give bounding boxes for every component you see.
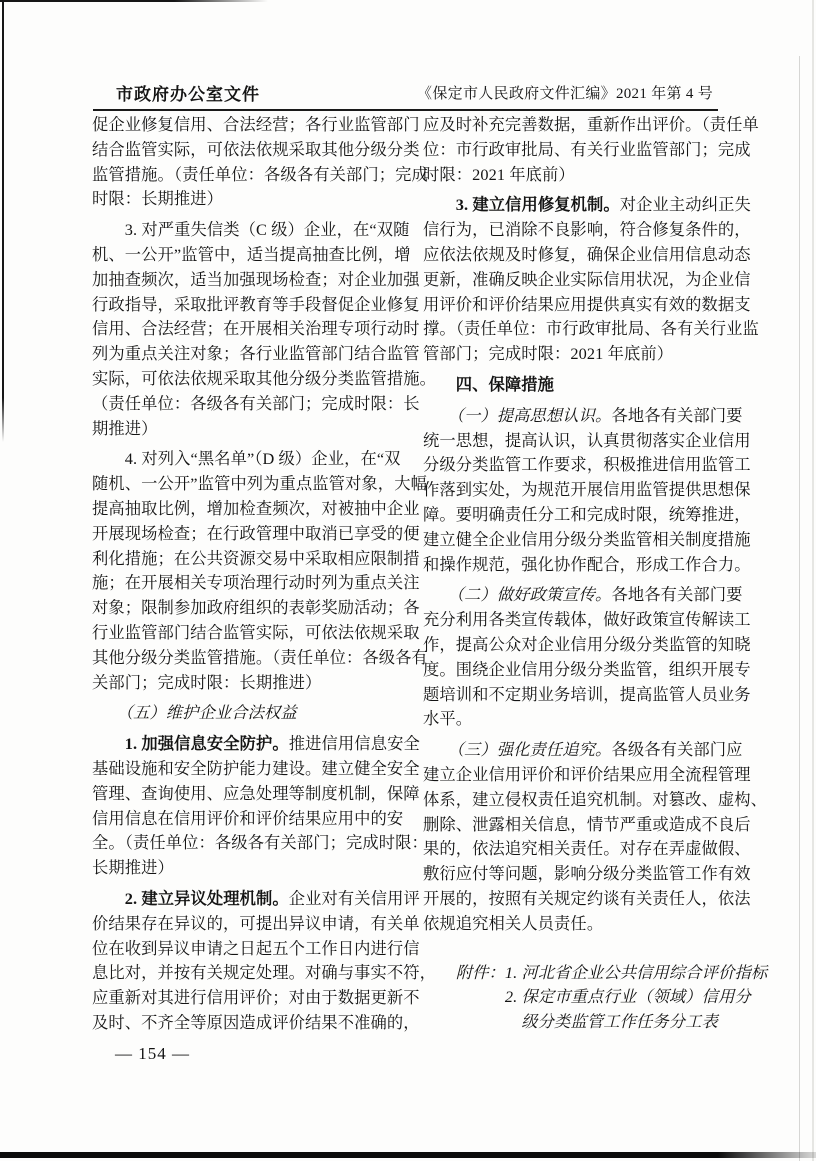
text-run: 及时、不齐全等原因造成评价结果不准确的，: [92, 1013, 420, 1032]
scan-edge-left: [2, 0, 4, 442]
text-run: 位：市行政审批局、有关行业监管部门；完成: [423, 140, 751, 159]
text-run: 信用信息在信用评价和评价结果应用中的安: [92, 809, 403, 828]
text-line: （二）做好政策宣传。各地各有关部门要: [423, 583, 755, 608]
text-run: 结合监管实际，可依法依规采取其他分级分类: [92, 140, 420, 159]
text-run: 时限：长期推进）: [92, 189, 223, 208]
scan-edge-bottom: [0, 1152, 816, 1158]
text-run: 建立健全企业信用分级分类监管相关制度措施: [423, 530, 751, 549]
text-line: （一）提高思想认识。各地各有关部门要: [423, 404, 755, 429]
text-run: 施；在开展相关专项治理行动时列为重点关注: [92, 573, 420, 592]
text-run: 删除、泄露相关信息，情节严重或造成不良后: [423, 815, 751, 834]
text-run: 监管措施。（责任单位：各级各有关部门；完成: [92, 165, 428, 184]
scan-edge-right-outer: [812, 0, 814, 1161]
text-line: 信行为，已消除不良影响，符合修复条件的，: [423, 218, 755, 243]
text-run: 更新，准确反映企业实际信用状况，为企业信: [423, 270, 751, 289]
text-line: 度。围绕企业信用分级分类监管，组织开展专: [423, 658, 755, 683]
text-run: 机、一公开”监管中，适当提高抽查比例，增: [92, 245, 411, 264]
text-line: 施；在开展相关专项治理行动时列为重点关注: [92, 571, 424, 596]
text-line: 期推进）: [92, 417, 424, 442]
text-line: 题培训和不定期业务培训，提高监管人员业务: [423, 683, 755, 708]
left-text-column: 促企业修复信用、合法经营；各行业监管部门结合监管实际，可依法依规采取其他分级分类…: [92, 113, 424, 1036]
text-run: 实际，可依法依规采取其他分级分类监管措施。: [92, 369, 436, 388]
text-run: （二）做好政策宣传。: [423, 585, 611, 604]
text-run: 促企业修复信用、合法经营；各行业监管部门: [92, 115, 420, 134]
text-line: 时限：2021 年底前）: [423, 163, 755, 188]
text-run: 级分类监管工作任务分工表: [423, 1012, 718, 1031]
text-run: 体系，建立侵权责任追究机制。对篡改、虚构、: [423, 790, 767, 809]
text-line: 4. 对列入“黑名单”（D 级）企业，在“双: [92, 447, 424, 472]
text-line: 撑。（责任单位：市行政审批局、各有关行业监: [423, 317, 755, 342]
header-rule: [93, 109, 718, 111]
text-line: 建立健全企业信用分级分类监管相关制度措施: [423, 528, 755, 553]
text-line: 位：市行政审批局、有关行业监管部门；完成: [423, 138, 755, 163]
text-line: 时限：长期推进）: [92, 187, 424, 212]
text-line: 附件：1. 河北省企业公共信用综合评价指标: [423, 961, 755, 986]
text-run: 随机、一公开”监管中列为重点监管对象，大幅: [92, 474, 427, 493]
text-line: 结合监管实际，可依法依规采取其他分级分类: [92, 138, 424, 163]
text-line: 价结果存在异议的，可提出异议申请，有关单: [92, 912, 424, 937]
text-run: 应依法依规及时修复，确保企业信用信息动态: [423, 245, 751, 264]
text-line: 开展的，按照有关规定约谈有关责任人，依法: [423, 887, 755, 912]
text-run: 开展的，按照有关规定约谈有关责任人，依法: [423, 889, 751, 908]
text-run: 敷衍应付等问题，影响分级分类监管工作有效: [423, 864, 751, 883]
text-run: 管理、查询使用、应急处理等制度机制，保障: [92, 784, 420, 803]
text-line: 长期推进）: [92, 856, 424, 881]
text-run: 对象；限制参加政府组织的表彰奖励活动；各: [92, 598, 420, 617]
text-line: 敷衍应付等问题，影响分级分类监管工作有效: [423, 862, 755, 887]
text-line: 水平。: [423, 707, 755, 732]
text-run: 四、保障措施: [423, 375, 554, 394]
text-run: 障。要明确责任分工和完成时限，统筹推进，: [423, 505, 751, 524]
text-line: 3. 建立信用修复机制。对企业主动纠正失: [423, 193, 755, 218]
text-run: 各地各有关部门要: [611, 406, 742, 425]
text-run: 行业监管部门结合监管实际，可依法依规采取: [92, 623, 420, 642]
text-run: 撑。（责任单位：市行政审批局、各有关行业监: [423, 319, 759, 338]
text-run: 度。围绕企业信用分级分类监管，组织开展专: [423, 660, 751, 679]
text-line: 实际，可依法依规采取其他分级分类监管措施。: [92, 367, 424, 392]
header-left-title: 市政府办公室文件: [116, 80, 260, 105]
text-run: （三）强化责任追究。: [423, 740, 611, 759]
page-number: — 154 —: [115, 1044, 190, 1064]
text-run: 时限：2021 年底前）: [423, 165, 575, 184]
text-run: 利化措施；在公共资源交易中采取相应限制措: [92, 549, 420, 568]
text-run: 对企业主动纠正失: [620, 195, 751, 214]
text-line: 果的，依法追究相关责任。对存在弄虚做假、: [423, 837, 755, 862]
text-line: 行政指导，采取批评教育等手段督促企业修复: [92, 293, 424, 318]
text-run: 息比对，并按有关规定处理。对确与事实不符，: [92, 963, 436, 982]
text-line: 用评价和评价结果应用提供真实有效的数据支: [423, 293, 755, 318]
text-run: 其他分级分类监管措施。（责任单位：各级各有: [92, 648, 428, 667]
text-line: （五）维护企业合法权益: [92, 701, 424, 726]
text-line: 息比对，并按有关规定处理。对确与事实不符，: [92, 961, 424, 986]
text-line: 管部门；完成时限：2021 年底前）: [423, 342, 755, 367]
text-line: 及时、不齐全等原因造成评价结果不准确的，: [92, 1011, 424, 1036]
text-run: 作，提高公众对企业信用分级分类监管的知晓: [423, 635, 751, 654]
text-run: 4. 对列入“黑名单”（D 级）企业，在“双: [92, 449, 401, 468]
text-line: 作，提高公众对企业信用分级分类监管的知晓: [423, 633, 755, 658]
text-run: 全。（责任单位：各级各有关部门；完成时限：: [92, 833, 428, 852]
text-run: 用评价和评价结果应用提供真实有效的数据支: [423, 295, 751, 314]
text-line: 信用信息在信用评价和评价结果应用中的安: [92, 807, 424, 832]
text-run: 提高抽取比例，增加检查频次，对被抽中企业: [92, 499, 420, 518]
text-line: 基础设施和安全防护能力建设。建立健全安全: [92, 757, 424, 782]
text-run: 长期推进）: [92, 858, 174, 877]
text-run: 开展现场检查；在行政管理中取消已享受的便: [92, 524, 420, 543]
text-line: 作落到实处，为规范开展信用监管提供思想保: [423, 478, 755, 503]
text-line: 其他分级分类监管措施。（责任单位：各级各有: [92, 646, 424, 671]
text-run: 充分利用各类宣传载体，做好政策宣传解读工: [423, 610, 751, 629]
text-line: 分级分类监管工作要求，积极推进信用监管工: [423, 453, 755, 478]
text-run: 行政指导，采取批评教育等手段督促企业修复: [92, 295, 420, 314]
text-line: 依规追究相关人员责任。: [423, 912, 755, 937]
text-run: 位在收到异议申请之日起五个工作日内进行信: [92, 939, 420, 958]
text-line: 建立企业信用评价和评价结果应用全流程管理: [423, 763, 755, 788]
header-right-title: 《保定市人民政府文件汇编》2021 年第 4 号: [417, 82, 713, 103]
text-line: 列为重点关注对象；各行业监管部门结合监管: [92, 342, 424, 367]
text-line: （三）强化责任追究。各级各有关部门应: [423, 738, 755, 763]
text-run: 分级分类监管工作要求，积极推进信用监管工: [423, 455, 751, 474]
text-line: 障。要明确责任分工和完成时限，统筹推进，: [423, 503, 755, 528]
text-line: 级分类监管工作任务分工表: [423, 1010, 755, 1035]
text-line: 管理、查询使用、应急处理等制度机制，保障: [92, 782, 424, 807]
text-line: 全。（责任单位：各级各有关部门；完成时限：: [92, 831, 424, 856]
text-line: 和操作规范，强化协作配合，形成工作合力。: [423, 553, 755, 578]
text-run: 信行为，已消除不良影响，符合修复条件的，: [423, 220, 751, 239]
scan-edge-top: [0, 0, 268, 2]
text-line: 信用、合法经营；在开展相关治理专项行动时: [92, 317, 424, 342]
text-run: 列为重点关注对象；各行业监管部门结合监管: [92, 344, 420, 363]
text-run: 关部门；完成时限：长期推进）: [92, 673, 321, 692]
text-line: 更新，准确反映企业实际信用状况，为企业信: [423, 268, 755, 293]
text-run: 价结果存在异议的，可提出异议申请，有关单: [92, 914, 420, 933]
text-run: 3. 对严重失信类（C 级）企业，在“双随: [92, 220, 410, 239]
scan-edge-right-inner: [799, 56, 800, 1161]
text-run: （责任单位：各级各有关部门；完成时限：长: [92, 394, 420, 413]
text-line: 删除、泄露相关信息，情节严重或造成不良后: [423, 813, 755, 838]
text-run: 2. 建立异议处理机制。: [92, 889, 289, 908]
text-run: 附件：1. 河北省企业公共信用综合评价指标: [423, 963, 767, 982]
text-line: 促企业修复信用、合法经营；各行业监管部门: [92, 113, 424, 138]
text-line: 行业监管部门结合监管实际，可依法依规采取: [92, 621, 424, 646]
text-line: 充分利用各类宣传载体，做好政策宣传解读工: [423, 608, 755, 633]
text-run: 2. 保定市重点行业（领域）信用分: [423, 987, 751, 1006]
text-line: 2. 保定市重点行业（领域）信用分: [423, 985, 755, 1010]
text-run: 基础设施和安全防护能力建设。建立健全安全: [92, 759, 420, 778]
text-line: 开展现场检查；在行政管理中取消已享受的便: [92, 522, 424, 547]
text-run: 应重新对其进行信用评价；对由于数据更新不: [92, 988, 420, 1007]
text-line: 提高抽取比例，增加检查频次，对被抽中企业: [92, 497, 424, 522]
text-run: 题培训和不定期业务培训，提高监管人员业务: [423, 685, 751, 704]
text-run: 应及时补充完善数据，重新作出评价。（责任单: [423, 115, 759, 134]
text-line: 统一思想，提高认识，认真贯彻落实企业信用: [423, 429, 755, 454]
text-run: （五）维护企业合法权益: [92, 703, 297, 722]
text-line: 机、一公开”监管中，适当提高抽查比例，增: [92, 243, 424, 268]
text-line: 关部门；完成时限：长期推进）: [92, 671, 424, 696]
text-run: 果的，依法追究相关责任。对存在弄虚做假、: [423, 839, 751, 858]
text-run: 作落到实处，为规范开展信用监管提供思想保: [423, 480, 751, 499]
text-line: （责任单位：各级各有关部门；完成时限：长: [92, 392, 424, 417]
text-run: 3. 建立信用修复机制。: [423, 195, 620, 214]
text-run: 统一思想，提高认识，认真贯彻落实企业信用: [423, 431, 751, 450]
text-line: 体系，建立侵权责任追究机制。对篡改、虚构、: [423, 788, 755, 813]
text-run: 信用、合法经营；在开展相关治理专项行动时: [92, 319, 420, 338]
text-line: 2. 建立异议处理机制。企业对有关信用评: [92, 887, 424, 912]
text-run: 1. 加强信息安全防护。: [92, 734, 289, 753]
text-line: 对象；限制参加政府组织的表彰奖励活动；各: [92, 596, 424, 621]
text-run: 推进信用信息安全: [289, 734, 420, 753]
text-line: 位在收到异议申请之日起五个工作日内进行信: [92, 937, 424, 962]
text-run: 和操作规范，强化协作配合，形成工作合力。: [423, 555, 751, 574]
text-run: 企业对有关信用评: [289, 889, 420, 908]
document-page: 市政府办公室文件 《保定市人民政府文件汇编》2021 年第 4 号 促企业修复信…: [0, 0, 816, 1161]
text-run: 各地各有关部门要: [611, 585, 742, 604]
text-run: 期推进）: [92, 419, 158, 438]
text-run: 加抽查频次，适当加强现场检查；对企业加强: [92, 270, 420, 289]
text-line: 随机、一公开”监管中列为重点监管对象，大幅: [92, 472, 424, 497]
text-run: 各级各有关部门应: [611, 740, 742, 759]
text-line: 监管措施。（责任单位：各级各有关部门；完成: [92, 163, 424, 188]
text-line: 加抽查频次，适当加强现场检查；对企业加强: [92, 268, 424, 293]
text-line: 应重新对其进行信用评价；对由于数据更新不: [92, 986, 424, 1011]
text-line: 1. 加强信息安全防护。推进信用信息安全: [92, 732, 424, 757]
text-run: 建立企业信用评价和评价结果应用全流程管理: [423, 765, 751, 784]
text-line: 应及时补充完善数据，重新作出评价。（责任单: [423, 113, 755, 138]
text-line: 利化措施；在公共资源交易中采取相应限制措: [92, 547, 424, 572]
right-text-column: 应及时补充完善数据，重新作出评价。（责任单位：市行政审批局、有关行业监管部门；完…: [423, 113, 755, 1035]
text-run: （一）提高思想认识。: [423, 406, 611, 425]
text-line: 应依法依规及时修复，确保企业信用信息动态: [423, 243, 755, 268]
text-line: 四、保障措施: [423, 373, 755, 398]
text-run: 水平。: [423, 709, 472, 728]
text-run: 管部门；完成时限：2021 年底前）: [423, 344, 673, 363]
text-run: 依规追究相关人员责任。: [423, 914, 603, 933]
text-line: 3. 对严重失信类（C 级）企业，在“双随: [92, 218, 424, 243]
